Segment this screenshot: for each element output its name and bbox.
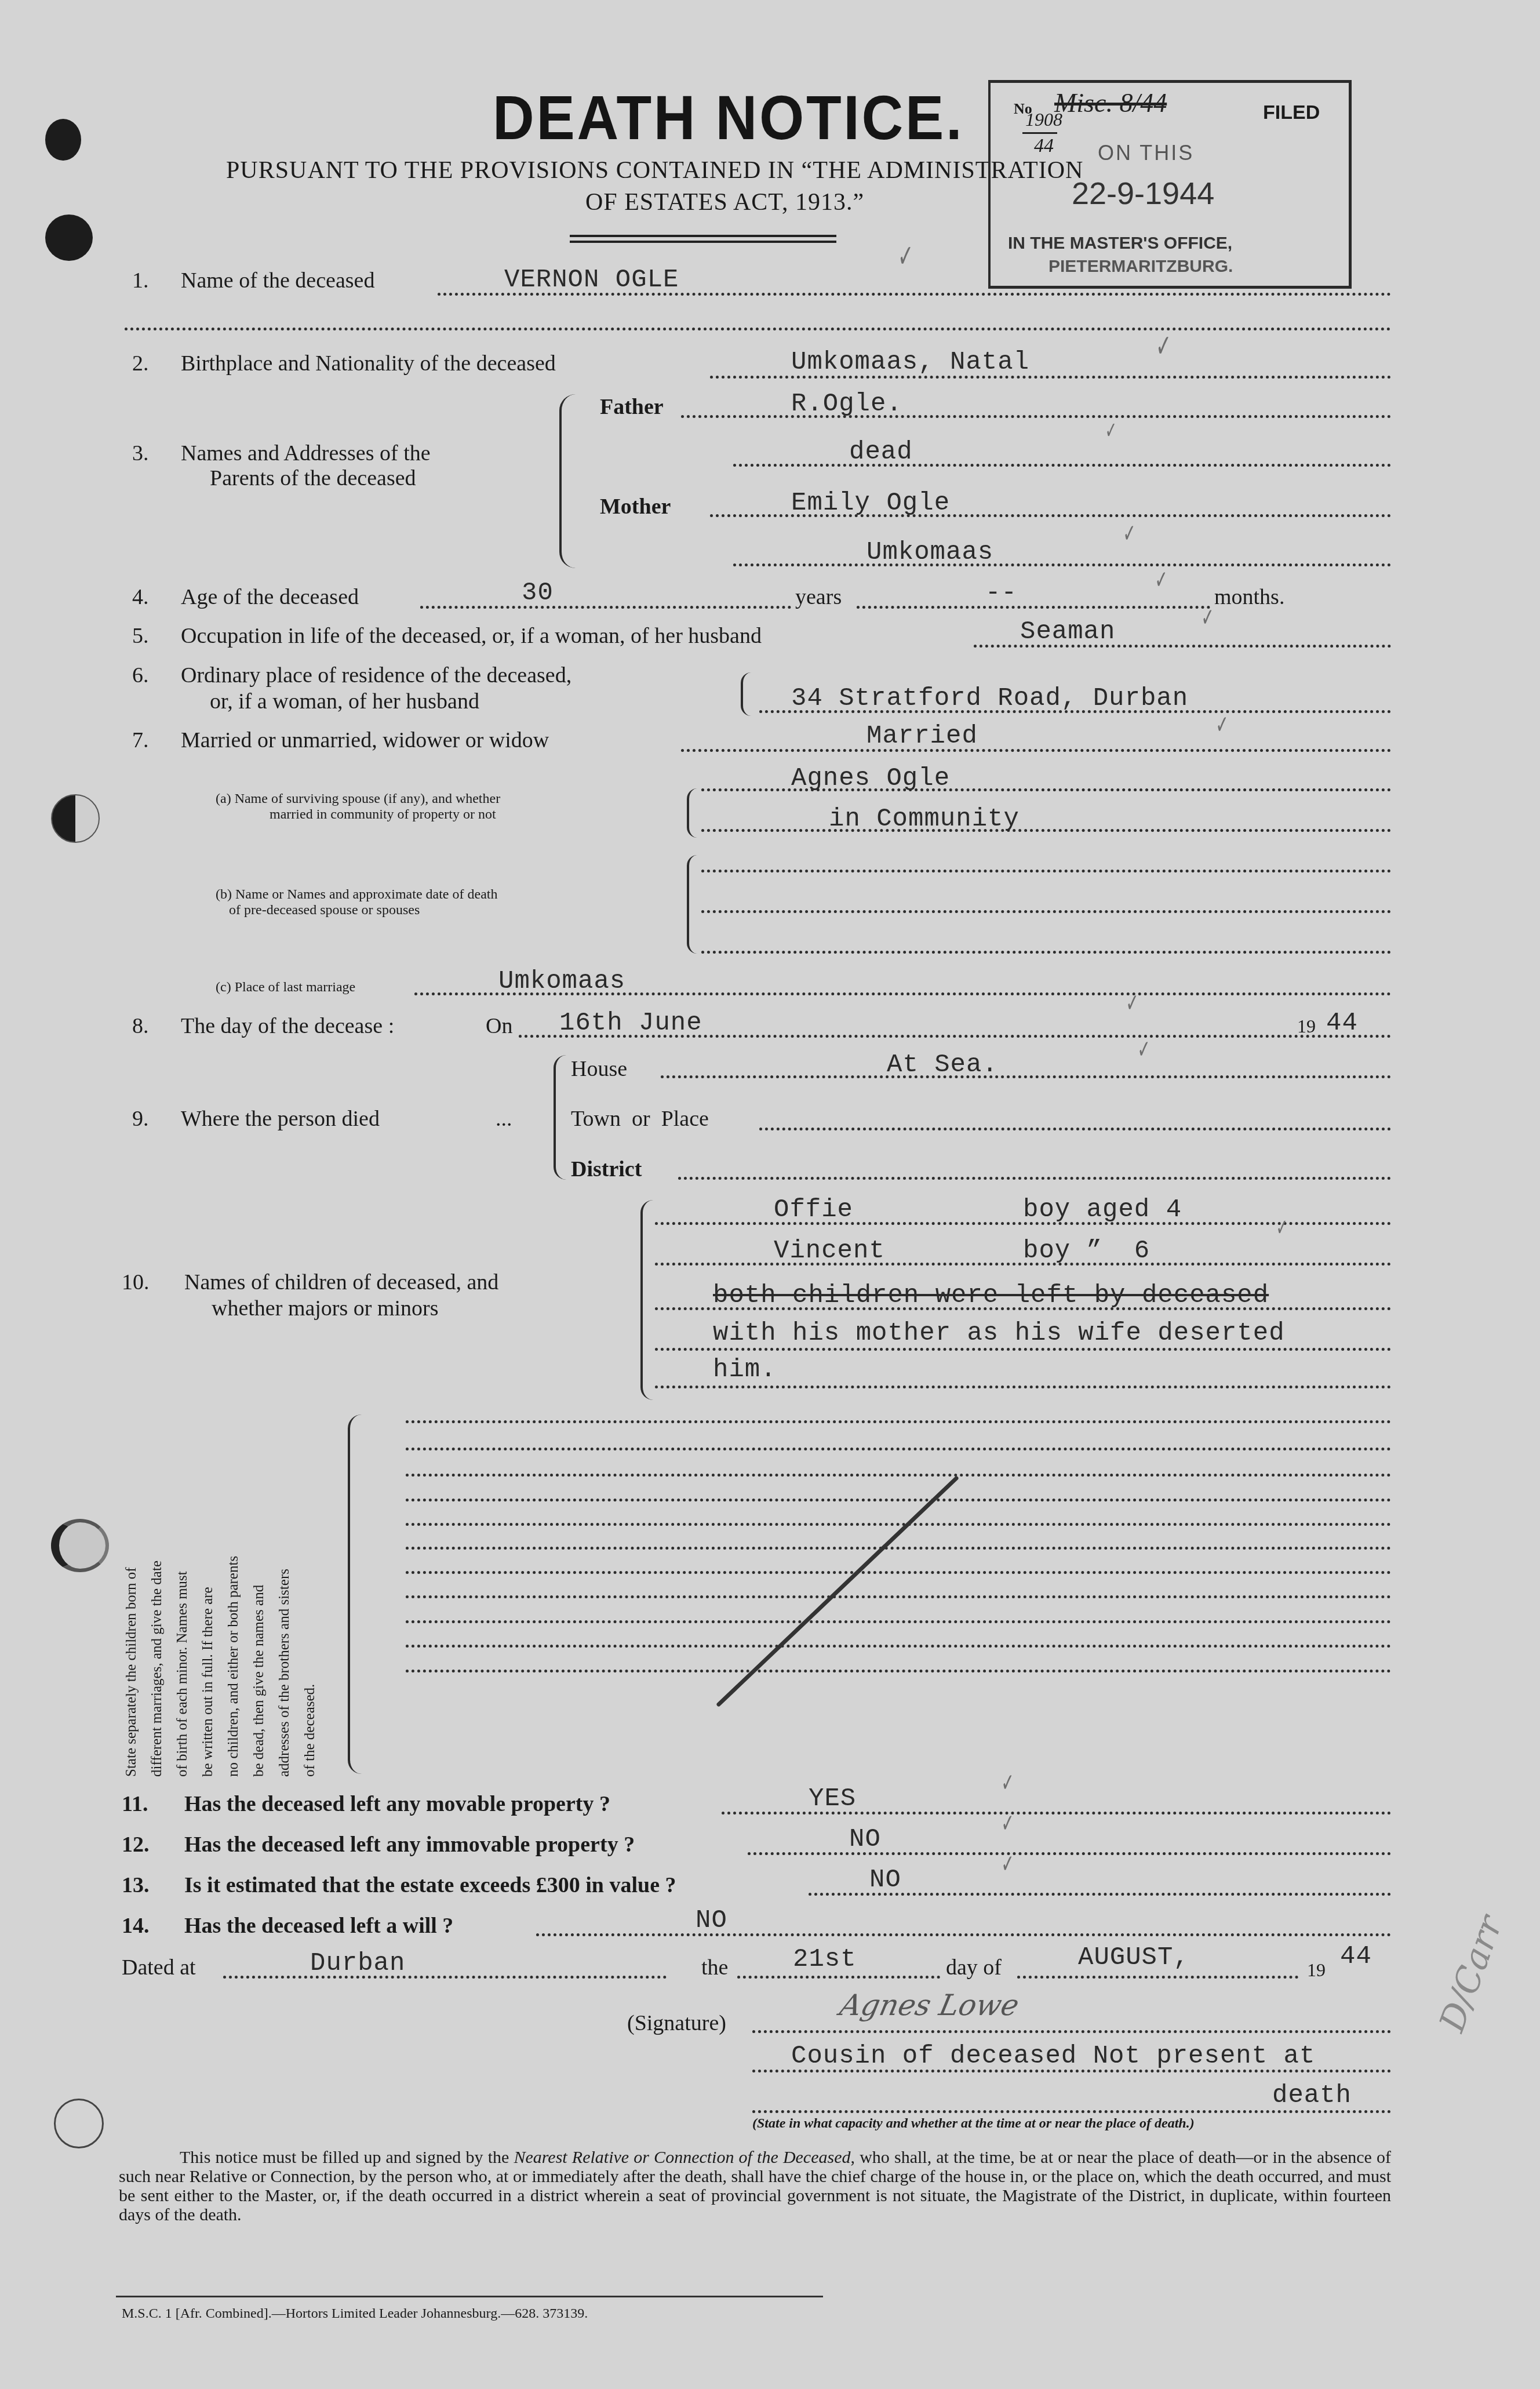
q11-label: Has the deceased left any movable proper… (184, 1791, 610, 1817)
father-name-value[interactable]: R.Ogle. (791, 390, 902, 419)
subtitle-line1: PURSUANT TO THE PROVISIONS CONTAINED IN … (226, 157, 1083, 184)
child-1-name[interactable]: Offie (774, 1195, 853, 1224)
q9-label: Where the person died (181, 1106, 380, 1132)
capacity-value-line2[interactable]: death (1272, 2081, 1352, 2110)
q9-ellipsis: ... (496, 1106, 512, 1132)
q14-label: Has the deceased left a will ? (184, 1913, 453, 1939)
q8-label: The day of the decease : (181, 1013, 394, 1039)
child-line-4[interactable] (655, 1348, 1391, 1351)
instructions-brace (348, 1415, 362, 1774)
instruction-line: of the deceased. (297, 1406, 323, 1777)
punch-hole-4 (51, 1519, 109, 1572)
q12-line[interactable] (748, 1852, 1391, 1855)
stamp-filed-label: FILED (1263, 101, 1320, 124)
q10-note-line2[interactable]: with his mother as his wife deserted (713, 1319, 1285, 1348)
dated-year-prefix: 19 (1307, 1959, 1326, 1981)
house-label: House (571, 1056, 627, 1082)
checkmark-icon: ✓ (1155, 565, 1167, 595)
q9-brace (554, 1055, 566, 1180)
instruction-line: different marriages, and give the date (144, 1406, 170, 1777)
q14-number: 14. (122, 1913, 150, 1939)
subtitle-line2: OF ESTATES ACT, 1913.” (585, 188, 864, 216)
stamp-on-this: ON THIS (1098, 141, 1194, 165)
q7c-label: (c) Place of last marriage (216, 980, 355, 995)
q2-label: Birthplace and Nationality of the deceas… (181, 351, 556, 376)
q4-years-label: years (795, 584, 842, 610)
stamp-number-divider (1022, 132, 1057, 134)
father-label: Father (600, 394, 664, 420)
q12-label: Has the deceased left any immovable prop… (184, 1832, 635, 1857)
q7-number: 7. (132, 728, 149, 753)
dated-at-label: Dated at (122, 1955, 196, 1980)
q10-note-line3[interactable]: him. (713, 1355, 777, 1384)
child-2-detail[interactable]: boy ” 6 (1023, 1237, 1150, 1266)
mother-address-line[interactable] (733, 563, 1391, 566)
q13-label: Is it estimated that the estate exceeds … (184, 1872, 676, 1898)
instruction-line: be written out in full. If there are (195, 1406, 221, 1777)
q9-number: 9. (132, 1106, 149, 1132)
filing-stamp: No 1908 44 Misc. 8/44 FILED ON THIS 22-9… (988, 80, 1352, 289)
punch-hole-3 (51, 794, 100, 843)
q3-label-line2: Parents of the deceased (210, 466, 416, 491)
q6-value[interactable]: 34 Stratford Road, Durban (791, 684, 1188, 713)
instruction-line: be dead, then give the names and (246, 1406, 272, 1777)
child-2-name[interactable]: Vincent (774, 1237, 885, 1266)
capacity-line-2[interactable] (752, 2110, 1391, 2113)
dated-day-line[interactable] (737, 1976, 940, 1979)
punch-hole-top (45, 119, 81, 161)
q4-years-line[interactable] (420, 606, 791, 609)
q13-number: 13. (122, 1872, 150, 1898)
q7-label: Married or unmarried, widower or widow (181, 728, 549, 753)
district-line[interactable] (678, 1177, 1391, 1180)
dated-day-value[interactable]: 21st (793, 1945, 857, 1974)
child-1-detail[interactable]: boy aged 4 (1023, 1195, 1182, 1224)
dated-place-value[interactable]: Durban (310, 1949, 405, 1978)
strikethrough-slash-icon (713, 1472, 968, 1716)
q11-number: 11. (122, 1791, 148, 1817)
checkmark-icon: ✓ (1137, 1035, 1150, 1064)
page-title: DEATH NOTICE. (493, 81, 964, 154)
checkmark-icon: ✓ (1126, 988, 1138, 1018)
capacity-hint: (State in what capacity and whether at t… (752, 2116, 1195, 2132)
q8-on-label: On (486, 1013, 512, 1039)
dated-month-value[interactable]: AUGUST, (1078, 1943, 1189, 1972)
q7-value[interactable]: Married (867, 722, 978, 751)
checkmark-icon: ✓ (1105, 417, 1117, 444)
house-value[interactable]: At Sea. (887, 1050, 998, 1079)
q14-value[interactable]: NO (696, 1906, 727, 1935)
printer-line: M.S.C. 1 [Afr. Combined].—Hortors Limite… (122, 2306, 588, 2322)
q13-value[interactable]: NO (869, 1866, 901, 1895)
dated-month-line[interactable] (1017, 1976, 1298, 1979)
q8-year-prefix: 19 (1297, 1016, 1316, 1037)
q10-note-line1[interactable]: both children were left by deceased (713, 1281, 1269, 1310)
father-name-line[interactable] (681, 415, 1391, 418)
q7b-brace (687, 855, 697, 954)
q10-brace (640, 1200, 653, 1400)
checkmark-icon: ✓ (1276, 1215, 1288, 1241)
q1-extra-line[interactable] (125, 328, 1391, 330)
q7b-line1[interactable] (701, 870, 1391, 872)
instruction-line: no children, and either or both parents (221, 1406, 246, 1777)
punch-hole-5 (54, 2099, 104, 2148)
q3-brace (559, 394, 579, 568)
q10-number: 10. (122, 1270, 150, 1295)
q8-value[interactable]: 16th June (559, 1009, 702, 1038)
checkmark-icon: ✓ (1215, 710, 1228, 740)
q6-number: 6. (132, 663, 149, 688)
mother-label: Mother (600, 494, 671, 519)
q4-label: Age of the deceased (181, 584, 359, 610)
q5-value[interactable]: Seaman (1020, 617, 1115, 646)
q5-label: Occupation in life of the deceased, or, … (181, 623, 762, 649)
footer-rule (116, 2296, 823, 2297)
q7a-value-line1[interactable]: Agnes Ogle (791, 764, 950, 793)
town-line[interactable] (759, 1128, 1391, 1130)
district-label: District (571, 1157, 642, 1182)
q7c-value[interactable]: Umkomaas (498, 967, 625, 996)
mother-name-value[interactable]: Emily Ogle (791, 489, 950, 518)
children-extra-line-2[interactable] (406, 1448, 1391, 1450)
q7a-label-line1: (a) Name of surviving spouse (if any), a… (216, 791, 500, 807)
house-line[interactable] (661, 1075, 1391, 1078)
dated-place-line[interactable] (223, 1976, 667, 1979)
capacity-value-line1[interactable]: Cousin of deceased Not present at (791, 2042, 1315, 2071)
footer-notice-intro: This notice must be filled up and signed… (180, 2148, 514, 2167)
q4-months-value[interactable]: -- (985, 579, 1017, 608)
q2-value[interactable]: Umkomaas, Natal (791, 348, 1029, 377)
q8-year-value[interactable]: 44 (1326, 1009, 1358, 1038)
q7a-value-line2[interactable]: in Community (829, 805, 1020, 834)
punch-hole-2 (45, 214, 93, 261)
title-double-rule (570, 235, 836, 243)
q1-value[interactable]: VERNON OGLE (504, 266, 679, 294)
footer-notice: This notice must be filled up and signed… (119, 2148, 1391, 2224)
q7a-brace (687, 788, 697, 838)
instruction-line: addresses of the brothers and sisters (272, 1406, 297, 1777)
q10-label-line2: whether majors or minors (212, 1296, 439, 1321)
stamp-struck-text: Misc. 8/44 (1054, 88, 1167, 118)
checkmark-icon: ✓ (1001, 1809, 1014, 1838)
dated-year-value[interactable]: 44 (1340, 1942, 1372, 1971)
signature-label: (Signature) (627, 2010, 726, 2036)
q3-label-line1: Names and Addresses of the (181, 441, 431, 466)
q1-label: Name of the deceased (181, 268, 374, 293)
child-line-5[interactable] (655, 1386, 1391, 1388)
instruction-line: of birth of each minor. Names must (170, 1406, 195, 1777)
dated-day-of-label: day of (946, 1955, 1002, 1980)
checkmark-icon: ✓ (1001, 1768, 1014, 1798)
checkmark-icon: ✓ (898, 238, 913, 274)
signature-value[interactable]: Agnes Lowe (837, 1988, 1022, 2022)
q6-label-line1: Ordinary place of residence of the decea… (181, 663, 571, 688)
stamp-file-number-bottom: 44 (1034, 135, 1054, 157)
margin-note: D/Carr (1432, 1910, 1511, 2037)
q6-brace (741, 672, 751, 716)
footer-notice-italic: Nearest Relative or Connection of the De… (514, 2148, 850, 2167)
stamp-date: 22-9-1944 (1072, 176, 1214, 212)
q5-number: 5. (132, 623, 149, 649)
town-label: Town or Place (571, 1106, 709, 1132)
q7a-line2[interactable] (701, 829, 1391, 832)
q12-value[interactable]: NO (849, 1825, 881, 1854)
q7b-label-line1: (b) Name or Names and approximate date o… (216, 887, 497, 903)
q7-line[interactable] (681, 749, 1391, 752)
q14-line[interactable] (536, 1933, 1391, 1936)
q4-number: 4. (132, 584, 149, 610)
q4-months-line[interactable] (857, 606, 1210, 609)
q4-years-value[interactable]: 30 (522, 579, 554, 608)
checkmark-icon: ✓ (1123, 519, 1135, 548)
q4-months-label: months. (1214, 584, 1284, 610)
q7b-line3[interactable] (701, 951, 1391, 954)
stamp-office-line1: IN THE MASTER'S OFFICE, (1008, 234, 1232, 253)
q12-number: 12. (122, 1832, 150, 1857)
q7b-line2[interactable] (701, 910, 1391, 913)
q10-label-line1: Names of children of deceased, and (184, 1270, 498, 1295)
q3-number: 3. (132, 441, 149, 466)
dated-the-label: the (701, 1955, 728, 1980)
q7b-label-line2: of pre-deceased spouse or spouses (229, 903, 420, 918)
signature-line[interactable] (752, 2030, 1391, 2033)
checkmark-icon: ✓ (1201, 603, 1214, 632)
mother-address-value[interactable]: Umkomaas (867, 538, 993, 567)
father-address-line[interactable] (733, 464, 1391, 467)
checkmark-icon: ✓ (1001, 1849, 1014, 1879)
instruction-line: State separately the children born of (119, 1406, 144, 1777)
q6-label-line2: or, if a woman, of her husband (210, 689, 479, 714)
children-instructions: State separately the children born of di… (119, 1406, 323, 1777)
q7a-label-line2: married in community of property or not (270, 807, 496, 823)
q11-value[interactable]: YES (809, 1784, 856, 1813)
father-address-value[interactable]: dead (849, 438, 913, 467)
q8-number: 8. (132, 1013, 149, 1039)
q2-number: 2. (132, 351, 149, 376)
checkmark-icon: ✓ (1156, 328, 1171, 364)
children-extra-line-1[interactable] (406, 1420, 1391, 1423)
stamp-office-line2: PIETERMARITZBURG. (1048, 257, 1233, 277)
q1-number: 1. (132, 268, 149, 293)
